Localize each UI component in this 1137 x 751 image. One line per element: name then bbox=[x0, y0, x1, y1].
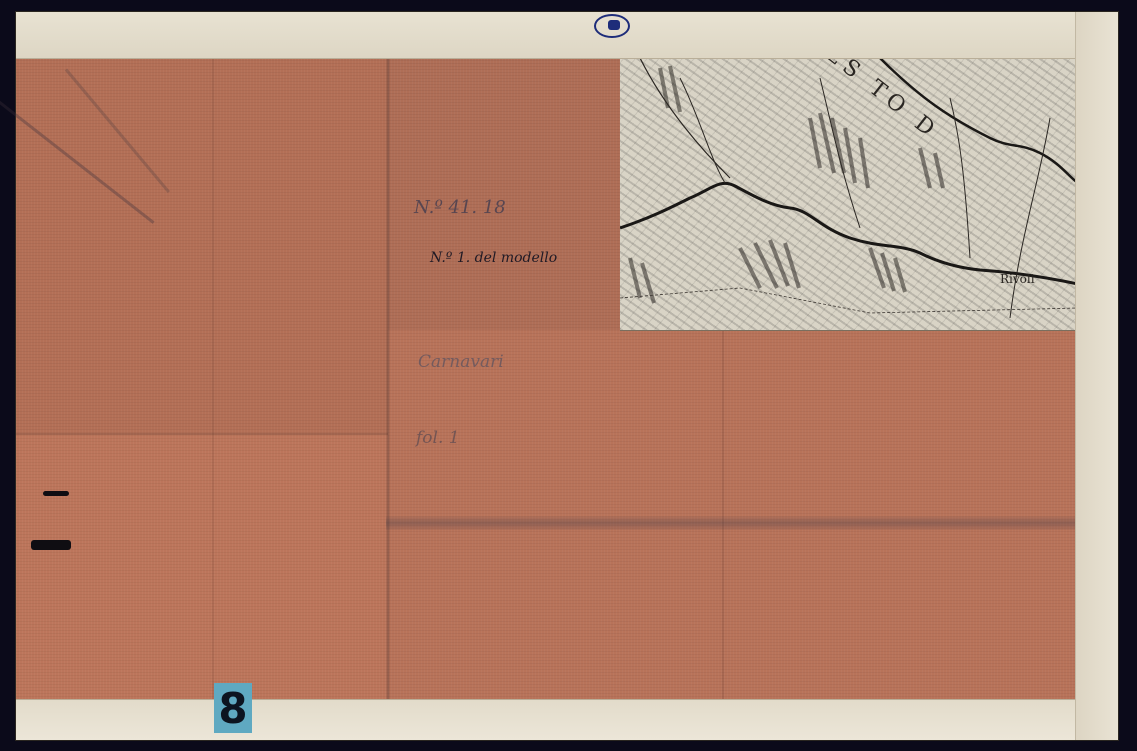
linen-panel bbox=[388, 58, 620, 330]
pencil-note-inscription: fol. 1 bbox=[416, 428, 460, 448]
paper-guard-top bbox=[16, 12, 1118, 59]
fold-seam bbox=[386, 516, 1078, 530]
ink-mark bbox=[43, 491, 69, 496]
paper-guard-bottom bbox=[16, 699, 1118, 740]
map-sheet: IES TO D Rivoli bbox=[16, 12, 1118, 740]
paper-guard-right bbox=[1075, 12, 1118, 740]
linen-panel bbox=[16, 433, 388, 700]
printed-map-fragment: IES TO D Rivoli bbox=[620, 58, 1078, 331]
fold-seam bbox=[722, 330, 724, 700]
fold-seam bbox=[16, 433, 388, 435]
linen-backing: IES TO D Rivoli bbox=[16, 58, 1078, 700]
fold-seam bbox=[386, 58, 390, 700]
map-engraving-icon bbox=[620, 58, 1078, 330]
library-stamp bbox=[594, 14, 630, 38]
fold-seam bbox=[212, 58, 214, 700]
shelf-number-label: 8 bbox=[214, 683, 252, 733]
inventory-number-inscription: N.º 41. 18 bbox=[414, 197, 506, 218]
library-stamp-icon bbox=[608, 20, 620, 30]
linen-panel bbox=[16, 58, 388, 433]
pencil-name-inscription: Carnavari bbox=[418, 352, 504, 372]
ink-mark bbox=[31, 540, 71, 550]
model-inscription: N.º 1. del modello bbox=[430, 250, 557, 266]
linen-panel bbox=[388, 330, 1078, 700]
map-town-label: Rivoli bbox=[1000, 272, 1035, 286]
